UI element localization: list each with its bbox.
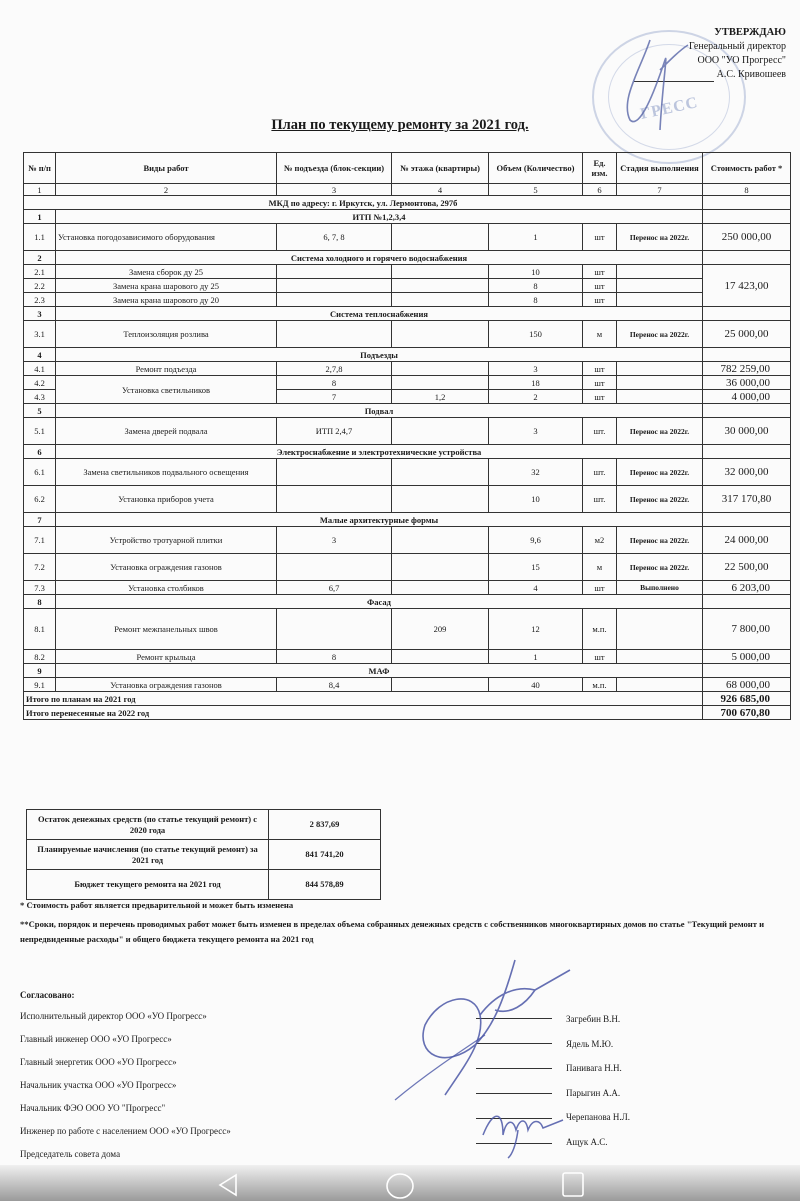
section-number: 5 [24,404,56,418]
col-header: Ед. изм. [583,153,617,184]
floor [392,678,489,692]
signatory-position: Главный инженер ООО «УО Прогресс» [20,1028,231,1051]
stage: Перенос на 2022г. [617,418,703,445]
cost: 250 000,00 [703,224,791,251]
unit: м [583,321,617,348]
col-number: 2 [56,184,277,196]
entrance: 8,4 [277,678,392,692]
cost: 22 500,00 [703,554,791,581]
signature-line [476,1043,552,1068]
total-row: Итого перенесенные на 2022 год 700 670,8… [24,706,791,720]
row-number: 4.2 [24,376,56,390]
section-title: Система теплоснабжения [56,307,703,321]
quantity: 8 [489,293,583,307]
section-number: 8 [24,595,56,609]
row-number: 9.1 [24,678,56,692]
row-number: 6.1 [24,459,56,486]
table-row: 2.3 Замена крана шарового ду 20 8 шт [24,293,791,307]
document-title: План по текущему ремонту за 2021 год. [0,117,800,134]
stage: Перенос на 2022г. [617,527,703,554]
section-title: Подвал [56,404,703,418]
unit: м.п. [583,609,617,650]
col-header: Стадия выполнения [617,153,703,184]
unit: м2 [583,527,617,554]
signature-line [476,1118,552,1143]
quantity: 18 [489,376,583,390]
budget-table: Остаток денежных средств (по статье теку… [26,809,381,900]
cost: 6 203,00 [703,581,791,595]
floor [392,265,489,279]
stage: Перенос на 2022г. [617,224,703,251]
entrance: ИТП 2,4,7 [277,418,392,445]
cost: 317 170,80 [703,486,791,513]
section-number: 2 [24,251,56,265]
budget-value: 2 837,69 [269,810,381,840]
table-row: 8.2 Ремонт крыльца 8 1 шт 5 000,00 [24,650,791,664]
budget-row: Планируемые начисления (по статье текущи… [27,840,381,870]
work-type: Установка ограждения газонов [56,554,277,581]
table-row: 7.2 Установка ограждения газонов 15 м Пе… [24,554,791,581]
budget-value: 844 578,89 [269,870,381,900]
row-number: 7.3 [24,581,56,595]
budget-label: Остаток денежных средств (по статье теку… [27,810,269,840]
agreed-block: Согласовано: Исполнительный директор ООО… [20,988,231,1166]
signatory-position: Инженер по работе с населением ООО «УО П… [20,1120,231,1143]
entrance [277,279,392,293]
quantity: 10 [489,486,583,513]
stage [617,390,703,404]
section-row: 8 Фасад [24,595,791,609]
work-type: Замена дверей подвала [56,418,277,445]
signatory-position: Исполнительный директор ООО «УО Прогресс… [20,1005,231,1028]
agreed-heading: Согласовано: [20,988,231,1002]
approval-title: УТВЕРЖДАЮ [689,26,786,40]
table-row: 4.1 Ремонт подъезда 2,7,8 3 шт 782 259,0… [24,362,791,376]
stage: Перенос на 2022г. [617,486,703,513]
footnotes: * Стоимость работ является предварительн… [20,898,790,951]
entrance: 7 [277,390,392,404]
table-row: 6.1 Замена светильников подвального осве… [24,459,791,486]
unit: шт. [583,418,617,445]
footnote-2: **Сроки, порядок и перечень проводимых р… [20,917,790,947]
cost: 30 000,00 [703,418,791,445]
table-row: 1.1 Установка погодозависимого оборудова… [24,224,791,251]
section-row: 9 МАФ [24,664,791,678]
section-number: 6 [24,445,56,459]
unit: шт [583,362,617,376]
signatory-position: Начальник участка ООО «УО Прогресс» [20,1074,231,1097]
budget-label: Бюджет текущего ремонта на 2021 год [27,870,269,900]
section-title: Электроснабжение и электротехнические ус… [56,445,703,459]
table-row: 2.2 Замена крана шарового ду 25 8 шт [24,279,791,293]
approval-company: ООО "УО Прогресс" [689,54,786,68]
stage [617,678,703,692]
unit: шт. [583,486,617,513]
row-number: 2.2 [24,279,56,293]
section-number: 4 [24,348,56,362]
row-number: 7.1 [24,527,56,554]
unit: м [583,554,617,581]
floor [392,321,489,348]
section-row: 5 Подвал [24,404,791,418]
floor [392,459,489,486]
table-row: 9.1 Установка ограждения газонов 8,4 40 … [24,678,791,692]
stage: Перенос на 2022г. [617,554,703,581]
section-title: Система холодного и горячего водоснабжен… [56,251,703,265]
floor [392,376,489,390]
unit: шт [583,293,617,307]
total-label: Итого перенесенные на 2022 год [24,706,703,720]
stage [617,609,703,650]
row-number: 8.2 [24,650,56,664]
signatory-position: Начальник ФЭО ООО УО "Прогресс" [20,1097,231,1120]
floor [392,554,489,581]
work-type: Устройство тротуарной плитки [56,527,277,554]
work-type: Установка светильников [56,376,277,404]
stage [617,376,703,390]
repair-plan-table: № п/п Виды работ № подъезда (блок-секции… [23,152,791,720]
work-type: Ремонт крыльца [56,650,277,664]
entrance [277,293,392,307]
signatory-name: Загребин В.Н. [566,1007,630,1032]
entrance: 8 [277,650,392,664]
total-value: 926 685,00 [703,692,791,706]
signature-line [476,1018,552,1043]
quantity: 1 [489,650,583,664]
quantity: 12 [489,609,583,650]
floor [392,293,489,307]
col-header: Стоимость работ * [703,153,791,184]
quantity: 9,6 [489,527,583,554]
unit: шт [583,390,617,404]
footnote-1: * Стоимость работ является предварительн… [20,898,790,913]
section-title: ИТП №1,2,3,4 [56,210,703,224]
back-icon[interactable] [214,1171,242,1199]
stage [617,650,703,664]
section-number: 9 [24,664,56,678]
quantity: 10 [489,265,583,279]
signatory-names: Загребин В.Н. Ядель М.Ю. Панивага Н.Н. П… [566,1007,630,1154]
table-header-row: № п/п Виды работ № подъезда (блок-секции… [24,153,791,184]
signatory-name: Панивага Н.Н. [566,1056,630,1081]
section-row: 7 Малые архитектурные формы [24,513,791,527]
table-row: 4.2 Установка светильников 8 18 шт 36 00… [24,376,791,390]
unit: м.п. [583,678,617,692]
unit: шт [583,279,617,293]
approval-signature-line [634,81,714,82]
row-number: 3.1 [24,321,56,348]
stage [617,265,703,279]
cost: 782 259,00 [703,362,791,376]
signatory-name: Черепанова Н.Л. [566,1105,630,1130]
entrance [277,459,392,486]
section-number: 7 [24,513,56,527]
stage: Выполнено [617,581,703,595]
entrance: 8 [277,376,392,390]
cost: 4 000,00 [703,390,791,404]
stage: Перенос на 2022г. [617,459,703,486]
quantity: 2 [489,390,583,404]
row-number: 8.1 [24,609,56,650]
table-row: 6.2 Установка приборов учета 10 шт. Пере… [24,486,791,513]
entrance: 3 [277,527,392,554]
work-type: Установка приборов учета [56,486,277,513]
floor: 1,2 [392,390,489,404]
quantity: 15 [489,554,583,581]
budget-row: Бюджет текущего ремонта на 2021 год 844 … [27,870,381,900]
approval-block: УТВЕРЖДАЮ Генеральный директор ООО "УО П… [689,26,786,82]
quantity: 32 [489,459,583,486]
cost: 25 000,00 [703,321,791,348]
signature-line [476,1093,552,1118]
entrance: 6,7 [277,581,392,595]
col-number: 7 [617,184,703,196]
unit: шт [583,581,617,595]
work-type: Замена светильников подвального освещени… [56,459,277,486]
section-row: 6 Электроснабжение и электротехнические … [24,445,791,459]
work-type: Установка столбиков [56,581,277,595]
work-type: Замена крана шарового ду 25 [56,279,277,293]
floor [392,362,489,376]
col-number: 5 [489,184,583,196]
table-row: 2.1 Замена сборок ду 25 10 шт 17 423,00 [24,265,791,279]
unit: шт. [583,459,617,486]
row-number: 2.3 [24,293,56,307]
col-number: 3 [277,184,392,196]
entrance: 2,7,8 [277,362,392,376]
cost: 32 000,00 [703,459,791,486]
approval-position: Генеральный директор [689,40,786,54]
cost: 68 000,00 [703,678,791,692]
entrance [277,321,392,348]
signatory-position: Председатель совета дома [20,1143,231,1166]
col-number: 8 [703,184,791,196]
row-number: 6.2 [24,486,56,513]
cost: 5 000,00 [703,650,791,664]
stage [617,362,703,376]
work-type: Ремонт межпанельных швов [56,609,277,650]
signatory-name: Парыгин А.А. [566,1081,630,1106]
entrance [277,486,392,513]
table-row: 3.1 Теплоизоляция розлива 150 м Перенос … [24,321,791,348]
unit: шт [583,376,617,390]
signatory-name: Ащук А.С. [566,1130,630,1155]
recents-icon[interactable] [560,1171,586,1199]
floor [392,224,489,251]
quantity: 1 [489,224,583,251]
floor [392,418,489,445]
section-row: 3 Система теплоснабжения [24,307,791,321]
col-header: Объем (Количество) [489,153,583,184]
unit: шт [583,265,617,279]
quantity: 3 [489,418,583,445]
work-type: Замена сборок ду 25 [56,265,277,279]
budget-label: Планируемые начисления (по статье текущи… [27,840,269,870]
section-row: 2 Система холодного и горячего водоснабж… [24,251,791,265]
col-header: Виды работ [56,153,277,184]
section-title: Малые архитектурные формы [56,513,703,527]
stage [617,293,703,307]
col-number: 6 [583,184,617,196]
work-type: Установка ограждения газонов [56,678,277,692]
section-title: Фасад [56,595,703,609]
budget-row: Остаток денежных средств (по статье теку… [27,810,381,840]
row-number: 4.1 [24,362,56,376]
total-value: 700 670,80 [703,706,791,720]
signatory-position: Главный энергетик ООО «УО Прогресс» [20,1051,231,1074]
entrance [277,265,392,279]
section-title: МАФ [56,664,703,678]
section-row: 1 ИТП №1,2,3,4 [24,210,791,224]
quantity: 150 [489,321,583,348]
unit: шт [583,224,617,251]
total-label: Итого по планам на 2021 год [24,692,703,706]
col-header: № п/п [24,153,56,184]
floor [392,650,489,664]
cost: 36 000,00 [703,376,791,390]
signature-line [476,1068,552,1093]
budget-value: 841 741,20 [269,840,381,870]
floor [392,279,489,293]
section-number: 3 [24,307,56,321]
address-row: МКД по адресу: г. Иркутск, ул. Лермонтов… [24,196,791,210]
cost: 17 423,00 [703,265,791,307]
row-number: 2.1 [24,265,56,279]
table-row: 5.1 Замена дверей подвала ИТП 2,4,7 3 шт… [24,418,791,445]
cost: 7 800,00 [703,609,791,650]
floor [392,581,489,595]
floor: 209 [392,609,489,650]
row-number: 4.3 [24,390,56,404]
document-page: ГРЕСС УТВЕРЖДАЮ Генеральный директор ООО… [0,0,800,1201]
floor [392,486,489,513]
work-type: Замена крана шарового ду 20 [56,293,277,307]
work-type: Ремонт подъезда [56,362,277,376]
entrance: 6, 7, 8 [277,224,392,251]
col-header: № этажа (квартиры) [392,153,489,184]
quantity: 40 [489,678,583,692]
cost: 24 000,00 [703,527,791,554]
col-number: 1 [24,184,56,196]
approval-name: А.С. Кривошеев [689,68,786,82]
row-number: 7.2 [24,554,56,581]
quantity: 4 [489,581,583,595]
home-icon[interactable] [384,1171,416,1201]
entrance [277,609,392,650]
section-number: 1 [24,210,56,224]
row-number: 1.1 [24,224,56,251]
row-number: 5.1 [24,418,56,445]
quantity: 3 [489,362,583,376]
stage: Перенос на 2022г. [617,321,703,348]
unit: шт [583,650,617,664]
col-number: 4 [392,184,489,196]
system-navigation-bar [0,1165,800,1201]
floor [392,527,489,554]
work-type: Теплоизоляция розлива [56,321,277,348]
table-row: 7.1 Устройство тротуарной плитки 3 9,6 м… [24,527,791,554]
section-title: Подъезды [56,348,703,362]
entrance [277,554,392,581]
signatory-name: Ядель М.Ю. [566,1032,630,1057]
work-type: Установка погодозависимого оборудования [56,224,277,251]
stage [617,279,703,293]
column-number-row: 1 2 3 4 5 6 7 8 [24,184,791,196]
section-row: 4 Подъезды [24,348,791,362]
address: МКД по адресу: г. Иркутск, ул. Лермонтов… [24,196,703,210]
table-row: 8.1 Ремонт межпанельных швов 209 12 м.п.… [24,609,791,650]
col-header: № подъезда (блок-секции) [277,153,392,184]
total-row: Итого по планам на 2021 год 926 685,00 [24,692,791,706]
quantity: 8 [489,279,583,293]
table-row: 7.3 Установка столбиков 6,7 4 шт Выполне… [24,581,791,595]
